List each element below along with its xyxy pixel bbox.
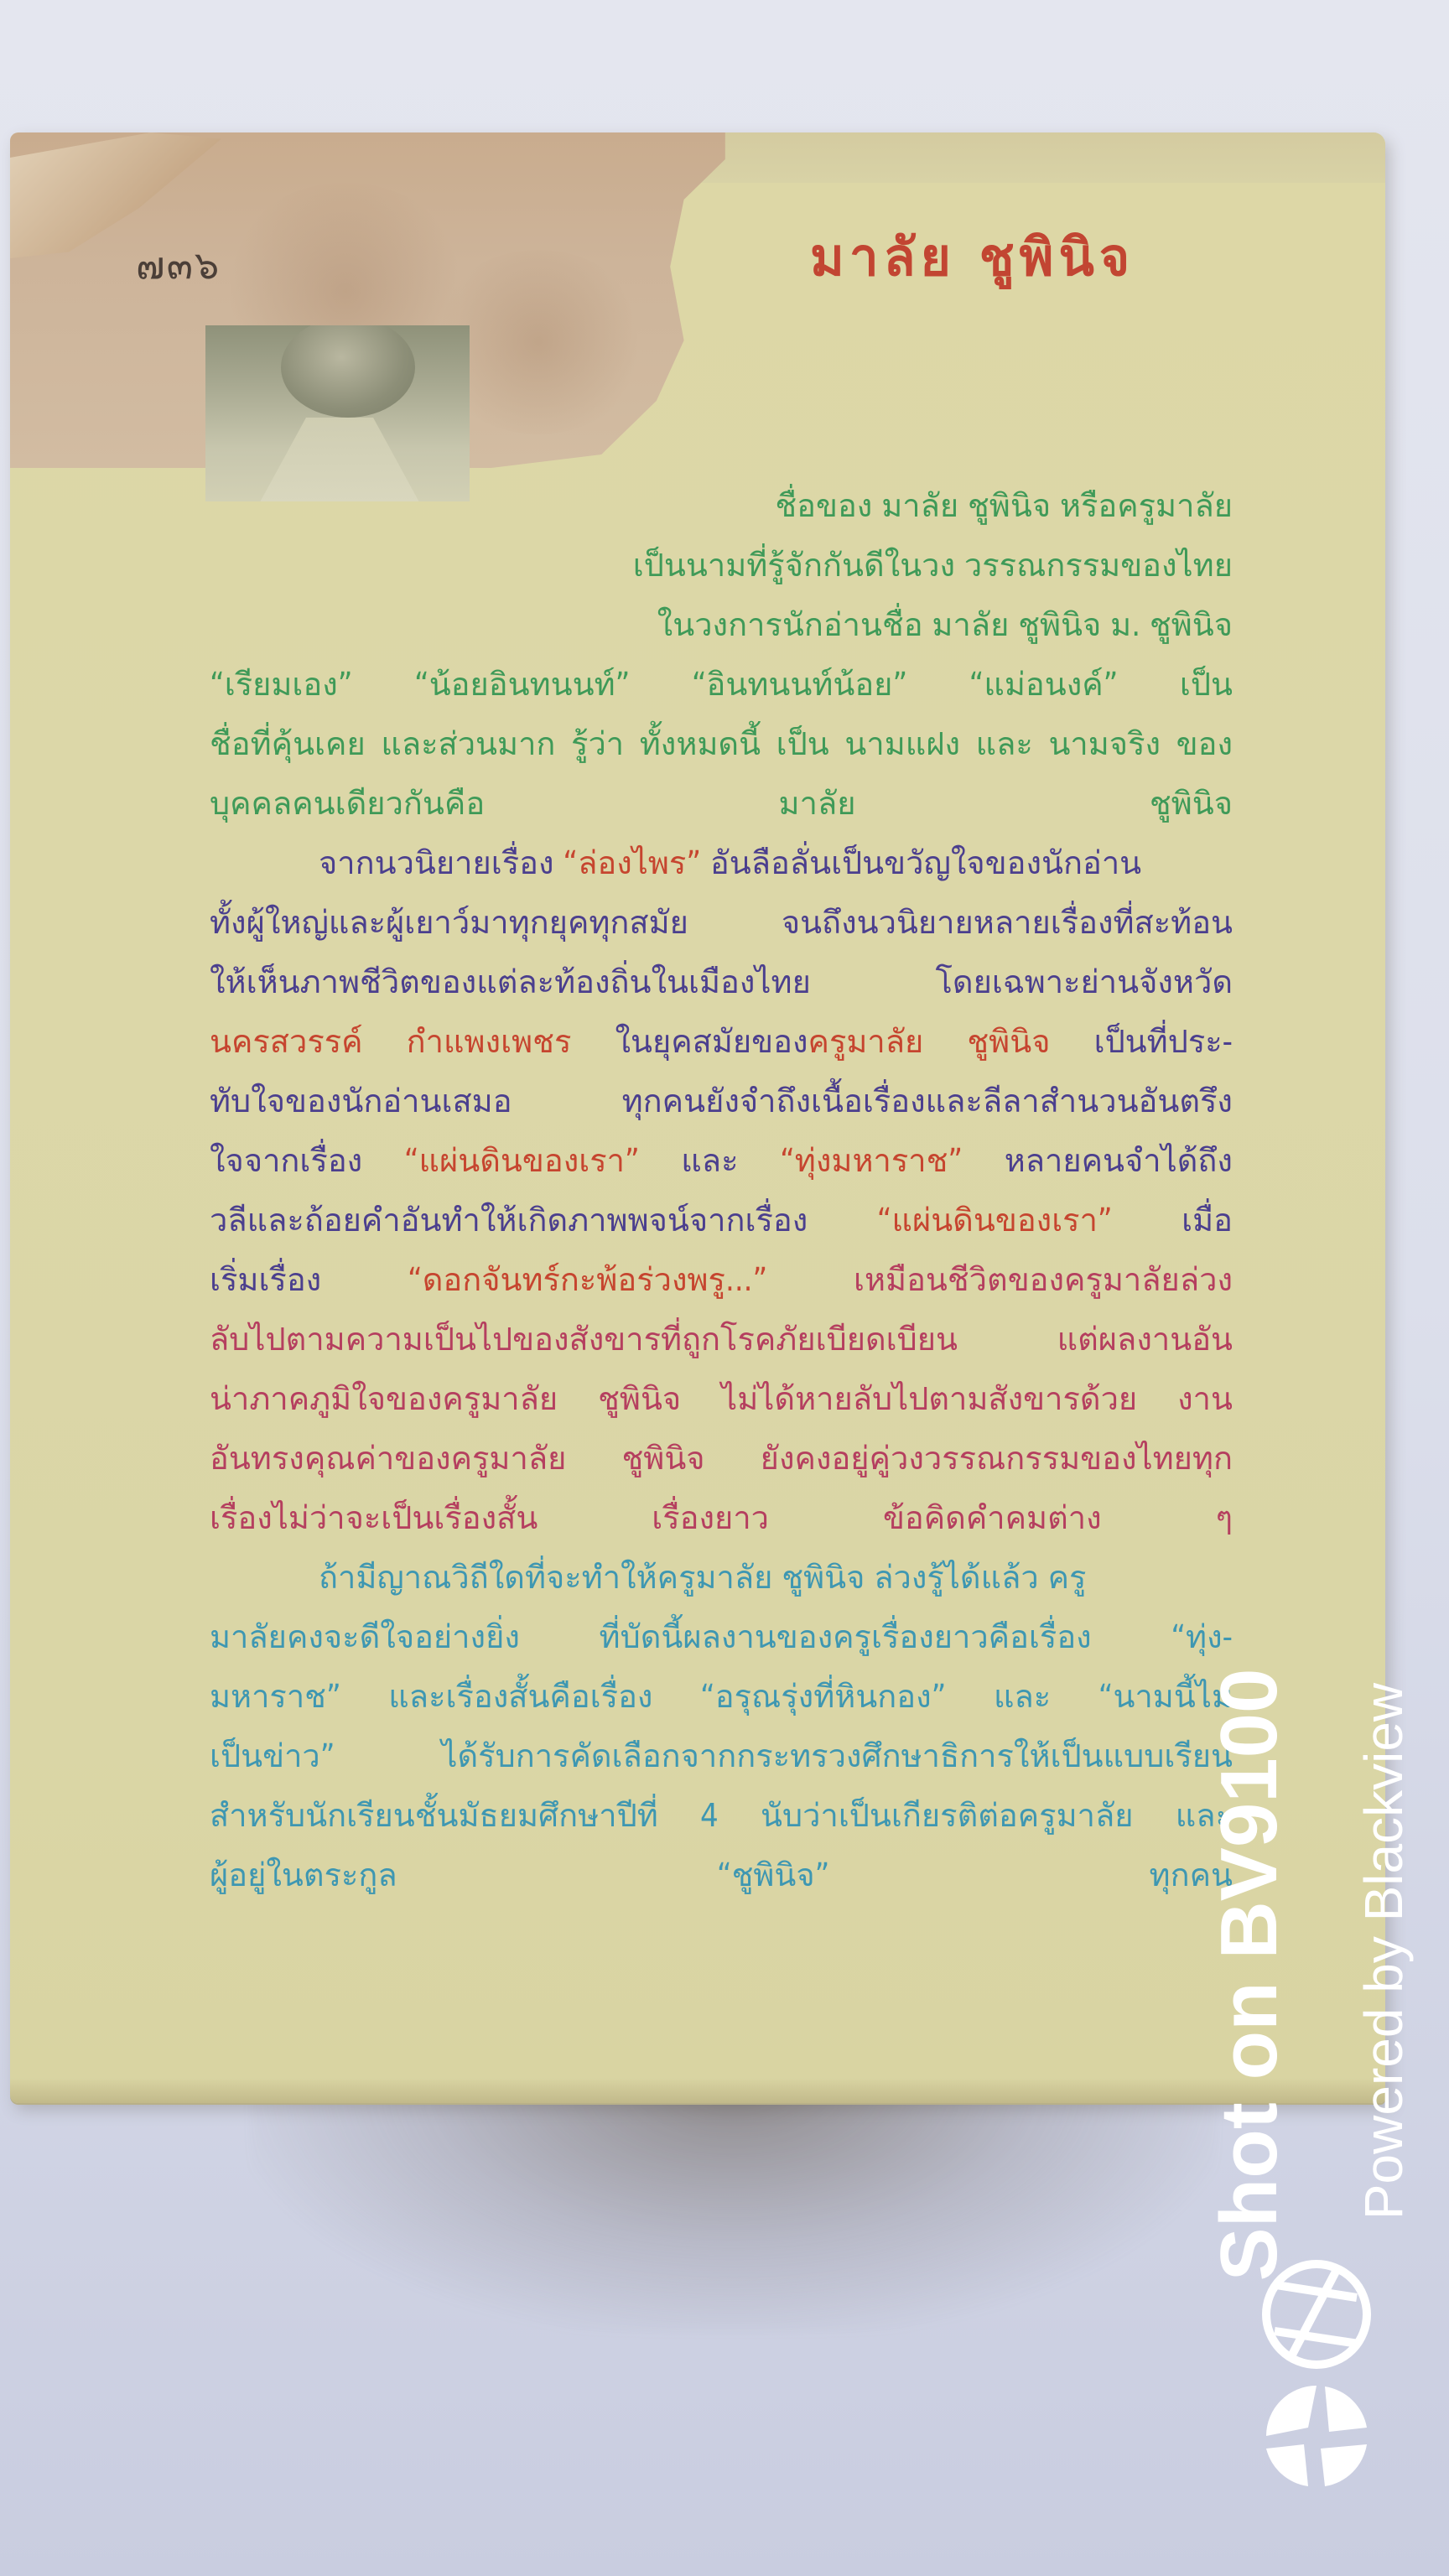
blurb-segment: บุคคลคนเดียวกันคือ มาลัย ชูพินิจ: [210, 785, 1233, 822]
watermark-powered-by: Powered by Blackview: [1353, 1574, 1415, 2329]
blurb-segment: ในยุคสมัยของ: [615, 1023, 808, 1060]
blurb-segment: ชื่อของ มาลัย ชูพินิจ หรือครูมาลัย: [775, 487, 1233, 524]
blurb-segment: “แผ่นดินของเรา”: [877, 1202, 1113, 1239]
blurb-segment: ในวงการนักอ่านชื่อ มาลัย ชูพินิจ ม. ชูพิ…: [657, 606, 1233, 643]
page-number: ๗๓๖: [136, 235, 221, 296]
author-portrait: [205, 325, 470, 501]
blurb-line: นครสวรรค์ กำแพงเพชร ในยุคสมัยของครูมาลัย…: [210, 1012, 1233, 1072]
blurb-segment: ทับใจของนักอ่านเสมอ ทุกคนยังจำถึงเนื้อเร…: [210, 1083, 1233, 1119]
blurb-segment: หลายคนจำได้ถึง: [963, 1142, 1233, 1179]
blurb-segment: ผู้อยู่ในตระกูล “ชูพินิจ” ทุกคน: [210, 1857, 1233, 1893]
book-bottom-edge: [10, 2078, 1385, 2103]
blurb-line: วลีและถ้อยคำอันทำให้เกิดภาพพจน์จากเรื่อง…: [210, 1191, 1233, 1250]
blurb-segment: มหาราช” และเรื่องสั้นคือเรื่อง “อรุณรุ่ง…: [210, 1678, 1233, 1715]
blurb-line: ผู้อยู่ในตระกูล “ชูพินิจ” ทุกคน: [210, 1846, 1233, 1905]
blurb-line: ใจจากเรื่อง “แผ่นดินของเรา” และ “ทุ่งมหา…: [210, 1131, 1233, 1191]
blurb-segment: เหมือนชีวิตของครูมาลัยล่วง: [767, 1261, 1233, 1298]
blurb-segment: นครสวรรค์ กำแพงเพชร: [210, 1023, 615, 1060]
blurb-line: เริ่มเรื่อง “ดอกจันทร์กะพ้อร่วงพรู...” เ…: [210, 1250, 1233, 1310]
blurb-line: มาลัยคงจะดีใจอย่างยิ่ง ที่บัดนี้ผลงานของ…: [210, 1607, 1233, 1667]
blurb-line: ชื่อของ มาลัย ชูพินิจ หรือครูมาลัย: [210, 476, 1233, 536]
blurb-segment: ถ้ามีญาณวิถีใดที่จะทำให้ครูมาลัย ชูพินิจ…: [319, 1559, 1086, 1596]
blurb-segment: ทั้งผู้ใหญ่และผู้เยาว์มาทุกยุคทุกสมัย จน…: [210, 904, 1233, 941]
blurb-segment: ชื่อที่คุ้นเคย และส่วนมาก รู้ว่า ทั้งหมด…: [210, 725, 1233, 762]
book-shadow: [252, 2063, 1216, 2331]
blurb-segment: “ล่องไพร”: [563, 844, 701, 881]
blurb-line: ให้เห็นภาพชีวิตของแต่ละท้องถิ่นในเมืองไท…: [210, 953, 1233, 1012]
blurb-segment: ลับไปตามความเป็นไปของสังขารที่ถูกโรคภัยเ…: [210, 1321, 1233, 1358]
blurb-line: น่าภาคภูมิใจของครูมาลัย ชูพินิจ ไม่ได้หา…: [210, 1369, 1233, 1429]
blurb-line: บุคคลคนเดียวกันคือ มาลัย ชูพินิจ: [210, 774, 1233, 834]
blurb-line: ถ้ามีญาณวิถีใดที่จะทำให้ครูมาลัย ชูพินิจ…: [210, 1548, 1233, 1607]
blurb-line: เรื่องไม่ว่าจะเป็นเรื่องสั้น เรื่องยาว ข…: [210, 1488, 1233, 1548]
blurb-segment: สำหรับนักเรียนชั้นมัธยมศึกษาปีที่ 4 นับว…: [210, 1797, 1233, 1834]
blurb-segment: อันทรงคุณค่าของครูมาลัย ชูพินิจ ยังคงอยู…: [210, 1440, 1233, 1477]
blurb-line: ทับใจของนักอ่านเสมอ ทุกคนยังจำถึงเนื้อเร…: [210, 1072, 1233, 1131]
camera-watermark: Shot on BV9100 Powered by Blackview: [1199, 1509, 1449, 2516]
blurb-segment: จากนวนิยายเรื่อง: [319, 844, 563, 881]
blurb-line: เป็นข่าว” ได้รับการคัดเลือกจากกระทรวงศึก…: [210, 1727, 1233, 1786]
blurb-segment: เป็นนามที่รู้จักกันดีในวง วรรณกรรมของไทย: [633, 547, 1233, 584]
blurb-segment: เป็นข่าว” ได้รับการคัดเลือกจากกระทรวงศึก…: [210, 1737, 1233, 1774]
blurb-segment: “แผ่นดินของเรา”: [404, 1142, 640, 1179]
blurb-segment: เป็นที่ประ-: [1050, 1023, 1233, 1060]
blurb-text: ชื่อของ มาลัย ชูพินิจ หรือครูมาลัยเป็นนา…: [210, 476, 1233, 1905]
blurb-segment: ใจจากเรื่อง: [210, 1142, 404, 1179]
blurb-segment: วลีและถ้อยคำอันทำให้เกิดภาพพจน์จากเรื่อง: [210, 1202, 877, 1239]
blurb-line: เป็นนามที่รู้จักกันดีในวง วรรณกรรมของไทย: [210, 536, 1233, 595]
faded-cover-top: [681, 132, 1385, 183]
blurb-segment: ให้เห็นภาพชีวิตของแต่ละท้องถิ่นในเมืองไท…: [210, 963, 1233, 1000]
blurb-segment: “ทุ่งมหาราช”: [780, 1142, 963, 1179]
blurb-line: ทั้งผู้ใหญ่และผู้เยาว์มาทุกยุคทุกสมัย จน…: [210, 893, 1233, 953]
blurb-segment: เริ่มเรื่อง: [210, 1261, 408, 1298]
blurb-line: สำหรับนักเรียนชั้นมัธยมศึกษาปีที่ 4 นับว…: [210, 1786, 1233, 1846]
blurb-segment: มาลัยคงจะดีใจอย่างยิ่ง ที่บัดนี้ผลงานของ…: [210, 1618, 1233, 1655]
blurb-line: มหาราช” และเรื่องสั้นคือเรื่อง “อรุณรุ่ง…: [210, 1667, 1233, 1727]
blurb-segment: ครูมาลัย ชูพินิจ: [808, 1023, 1051, 1060]
blurb-segment: น่าภาคภูมิใจของครูมาลัย ชูพินิจ ไม่ได้หา…: [210, 1380, 1233, 1417]
blurb-line: อันทรงคุณค่าของครูมาลัย ชูพินิจ ยังคงอยู…: [210, 1429, 1233, 1488]
blurb-line: ชื่อที่คุ้นเคย และส่วนมาก รู้ว่า ทั้งหมด…: [210, 714, 1233, 774]
blurb-line: ในวงการนักอ่านชื่อ มาลัย ชูพินิจ ม. ชูพิ…: [210, 595, 1233, 655]
blurb-line: จากนวนิยายเรื่อง “ล่องไพร” อันลือลั่นเป็…: [210, 834, 1233, 893]
camera-aperture-icon: [1258, 2247, 1375, 2507]
blurb-segment: เรื่องไม่ว่าจะเป็นเรื่องสั้น เรื่องยาว ข…: [210, 1499, 1233, 1536]
watermark-shot-on: Shot on BV9100: [1203, 1597, 1296, 2352]
blurb-segment: และ: [640, 1142, 780, 1179]
blurb-line: “เรียมเอง” “น้อยอินทนนท์” “อินทนนท์น้อย”…: [210, 655, 1233, 714]
author-title: มาลัย ชูพินิจ: [810, 216, 1135, 299]
blurb-line: ลับไปตามความเป็นไปของสังขารที่ถูกโรคภัยเ…: [210, 1310, 1233, 1369]
blurb-segment: “เรียมเอง” “น้อยอินทนนท์” “อินทนนท์น้อย”…: [210, 666, 1233, 703]
blurb-segment: อันลือลั่นเป็นขวัญใจของนักอ่าน: [701, 844, 1141, 881]
blurb-segment: “ดอกจันทร์กะพ้อร่วงพรู...”: [408, 1261, 767, 1298]
blurb-segment: เมื่อ: [1113, 1202, 1233, 1239]
portrait-head: [281, 325, 415, 418]
